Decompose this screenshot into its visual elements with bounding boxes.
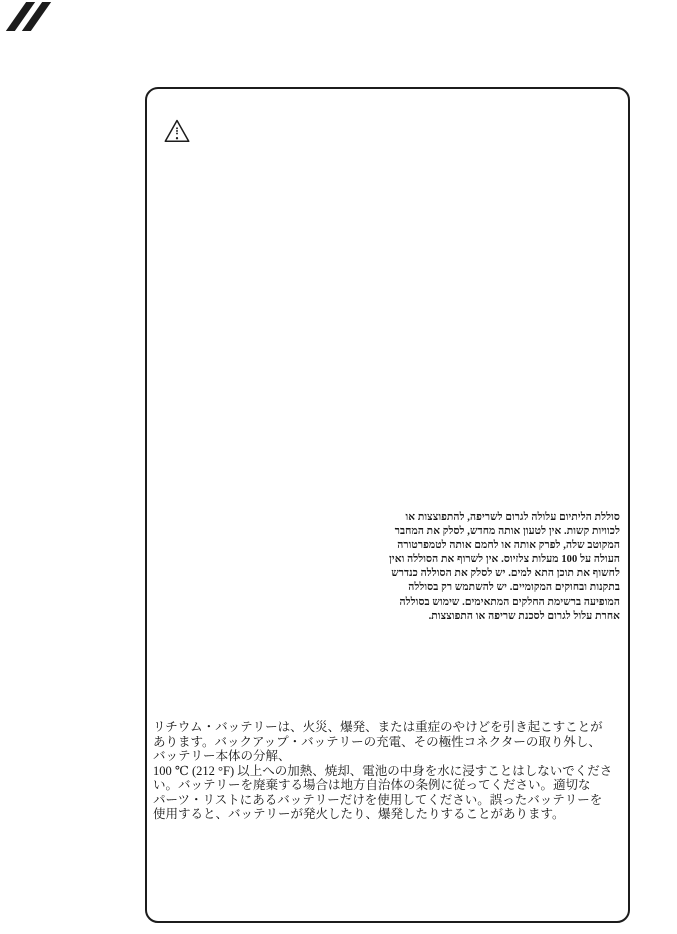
hebrew-warning-line: לכוויות קשות. אין לטעון אותה מחדש, לסלק … <box>360 525 620 539</box>
japanese-warning-line: バッテリー本体の分解、 <box>153 749 631 764</box>
hebrew-warning-line: בתקנות ובחוקים המקומיים. יש להשתמש רק בס… <box>360 581 620 595</box>
safety-notice-box: סוללת הליתיום עלולה לגרום לשריפה, להתפוצ… <box>145 87 630 923</box>
hebrew-warning-line: המקוטב שלה, לפרק אותה או לחמם אותה לטמפר… <box>360 539 620 553</box>
japanese-warning-text: リチウム・バッテリーは、火災、爆発、または重症のやけどを引き起こすことが ありま… <box>153 720 631 822</box>
chapter-divider-slash-icon <box>0 0 60 40</box>
hebrew-warning-text: סוללת הליתיום עלולה לגרום לשריפה, להתפוצ… <box>360 511 620 624</box>
hebrew-warning-line: העולה על 100 מעלות צלזיוס. אין לשרוף את … <box>360 553 620 567</box>
japanese-warning-line: い。バッテリーを廃棄する場合は地方自治体の条例に従ってください。適切な <box>153 778 631 793</box>
japanese-warning-line: リチウム・バッテリーは、火災、爆発、または重症のやけどを引き起こすことが <box>153 720 631 735</box>
warning-triangle-icon <box>164 119 190 143</box>
japanese-warning-line: 100 ℃ (212 °F) 以上への加熱、焼却、電池の中身を水に浸すことはしな… <box>153 764 631 779</box>
hebrew-warning-line: סוללת הליתיום עלולה לגרום לשריפה, להתפוצ… <box>360 511 620 525</box>
hebrew-warning-line: המופיעה ברשימת החלקים המתאימים. שימוש בס… <box>360 596 620 610</box>
document-page: סוללת הליתיום עלולה לגרום לשריפה, להתפוצ… <box>0 0 677 934</box>
hebrew-warning-line: לחשוף את תוכן התא למים. יש לסלק את הסולל… <box>360 567 620 581</box>
hebrew-warning-line: אחרת עלול לגרום לסכנת שריפה או התפוצצות. <box>360 610 620 624</box>
japanese-warning-line: 使用すると、バッテリーが発火したり、爆発したりすることがあります。 <box>153 807 631 822</box>
japanese-warning-line: あります。バックアップ・バッテリーの充電、その極性コネクターの取り外し、 <box>153 735 631 750</box>
japanese-warning-line: パーツ・リストにあるバッテリーだけを使用してください。誤ったバッテリーを <box>153 793 631 808</box>
